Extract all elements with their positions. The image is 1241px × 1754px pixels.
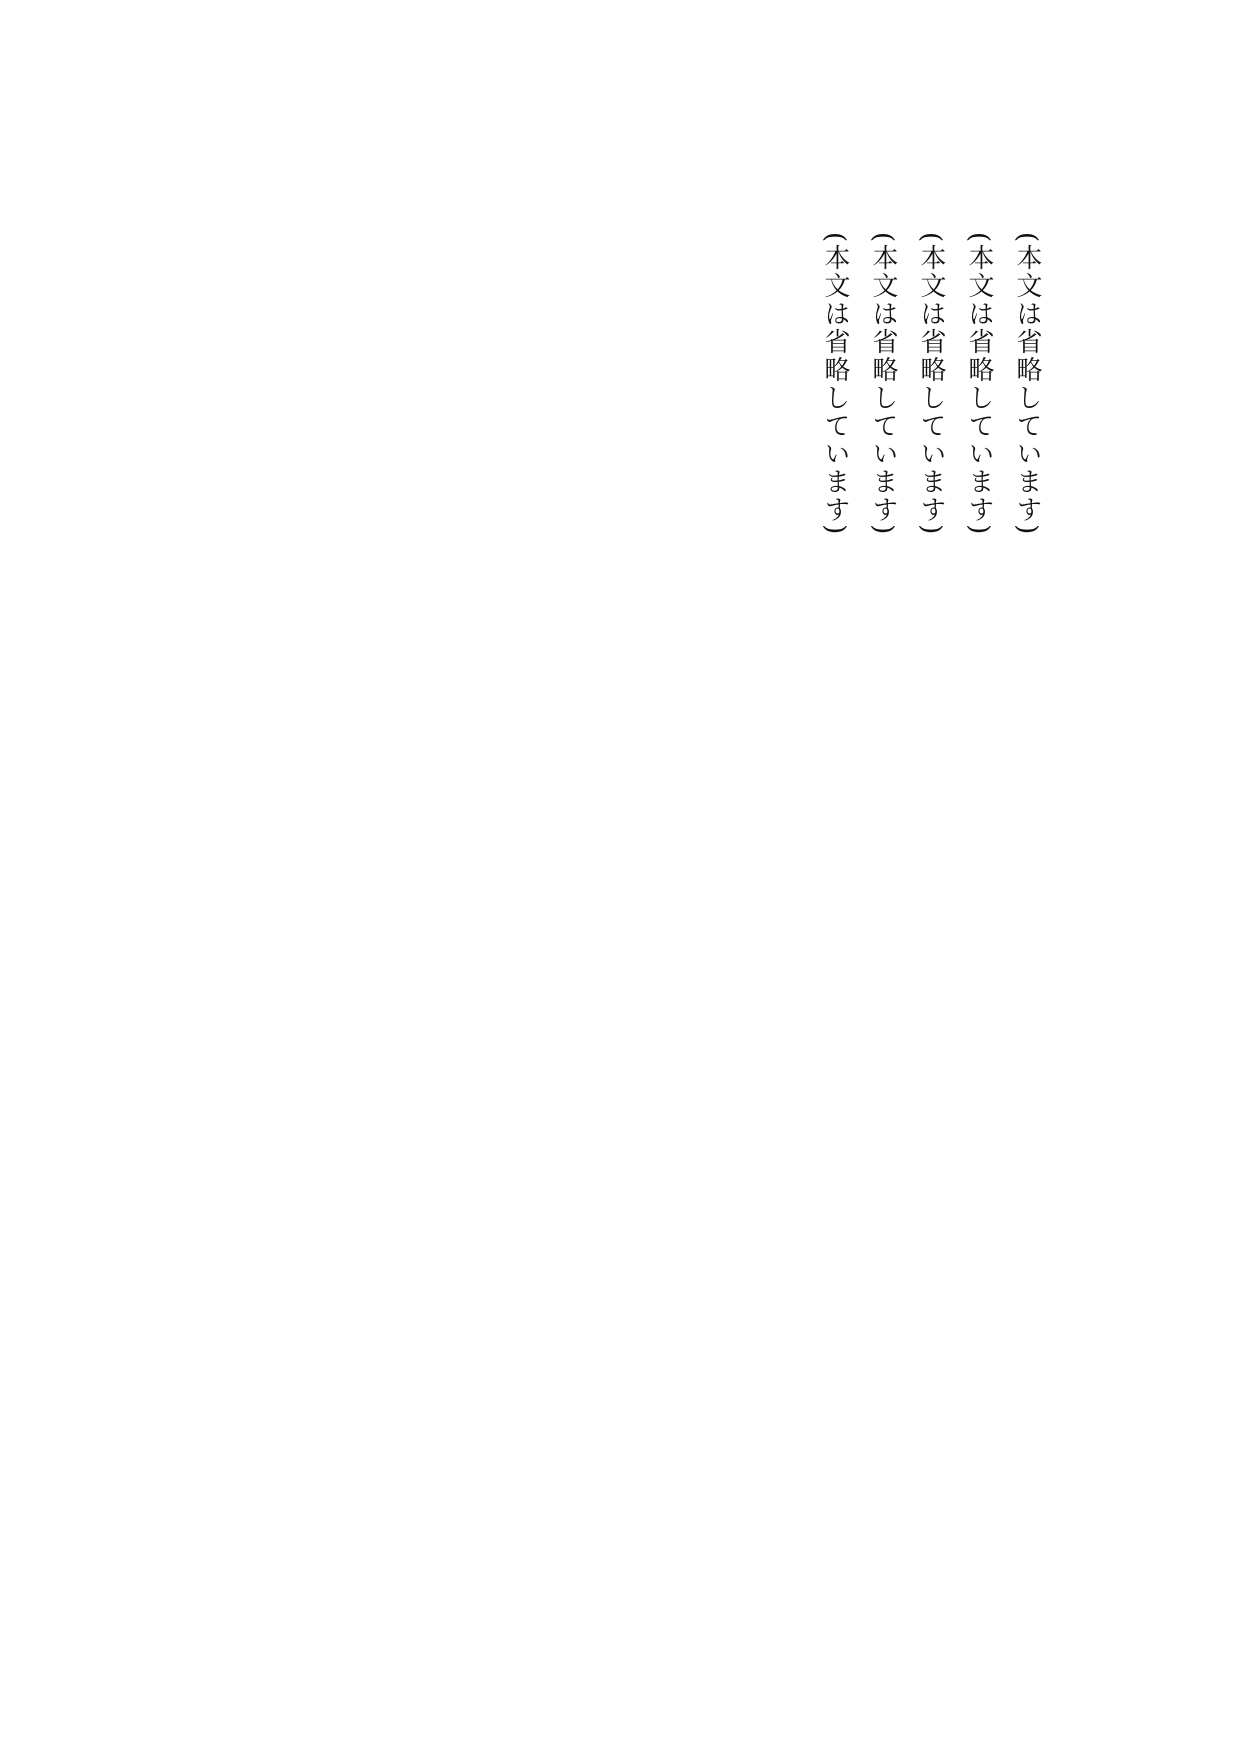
text-column-1: (本文は省略しています) [1003,232,1051,1532]
text-column-5: (本文は省略しています) [811,232,859,1532]
text-column-4: (本文は省略しています) [859,232,907,1532]
text-column-2: (本文は省略しています) [955,232,1003,1532]
text-column-3: (本文は省略しています) [907,232,955,1532]
vertical-text-block: (本文は省略しています) (本文は省略しています) (本文は省略しています) (… [811,232,1051,1532]
document-page: (本文は省略しています) (本文は省略しています) (本文は省略しています) (… [0,0,1241,1754]
